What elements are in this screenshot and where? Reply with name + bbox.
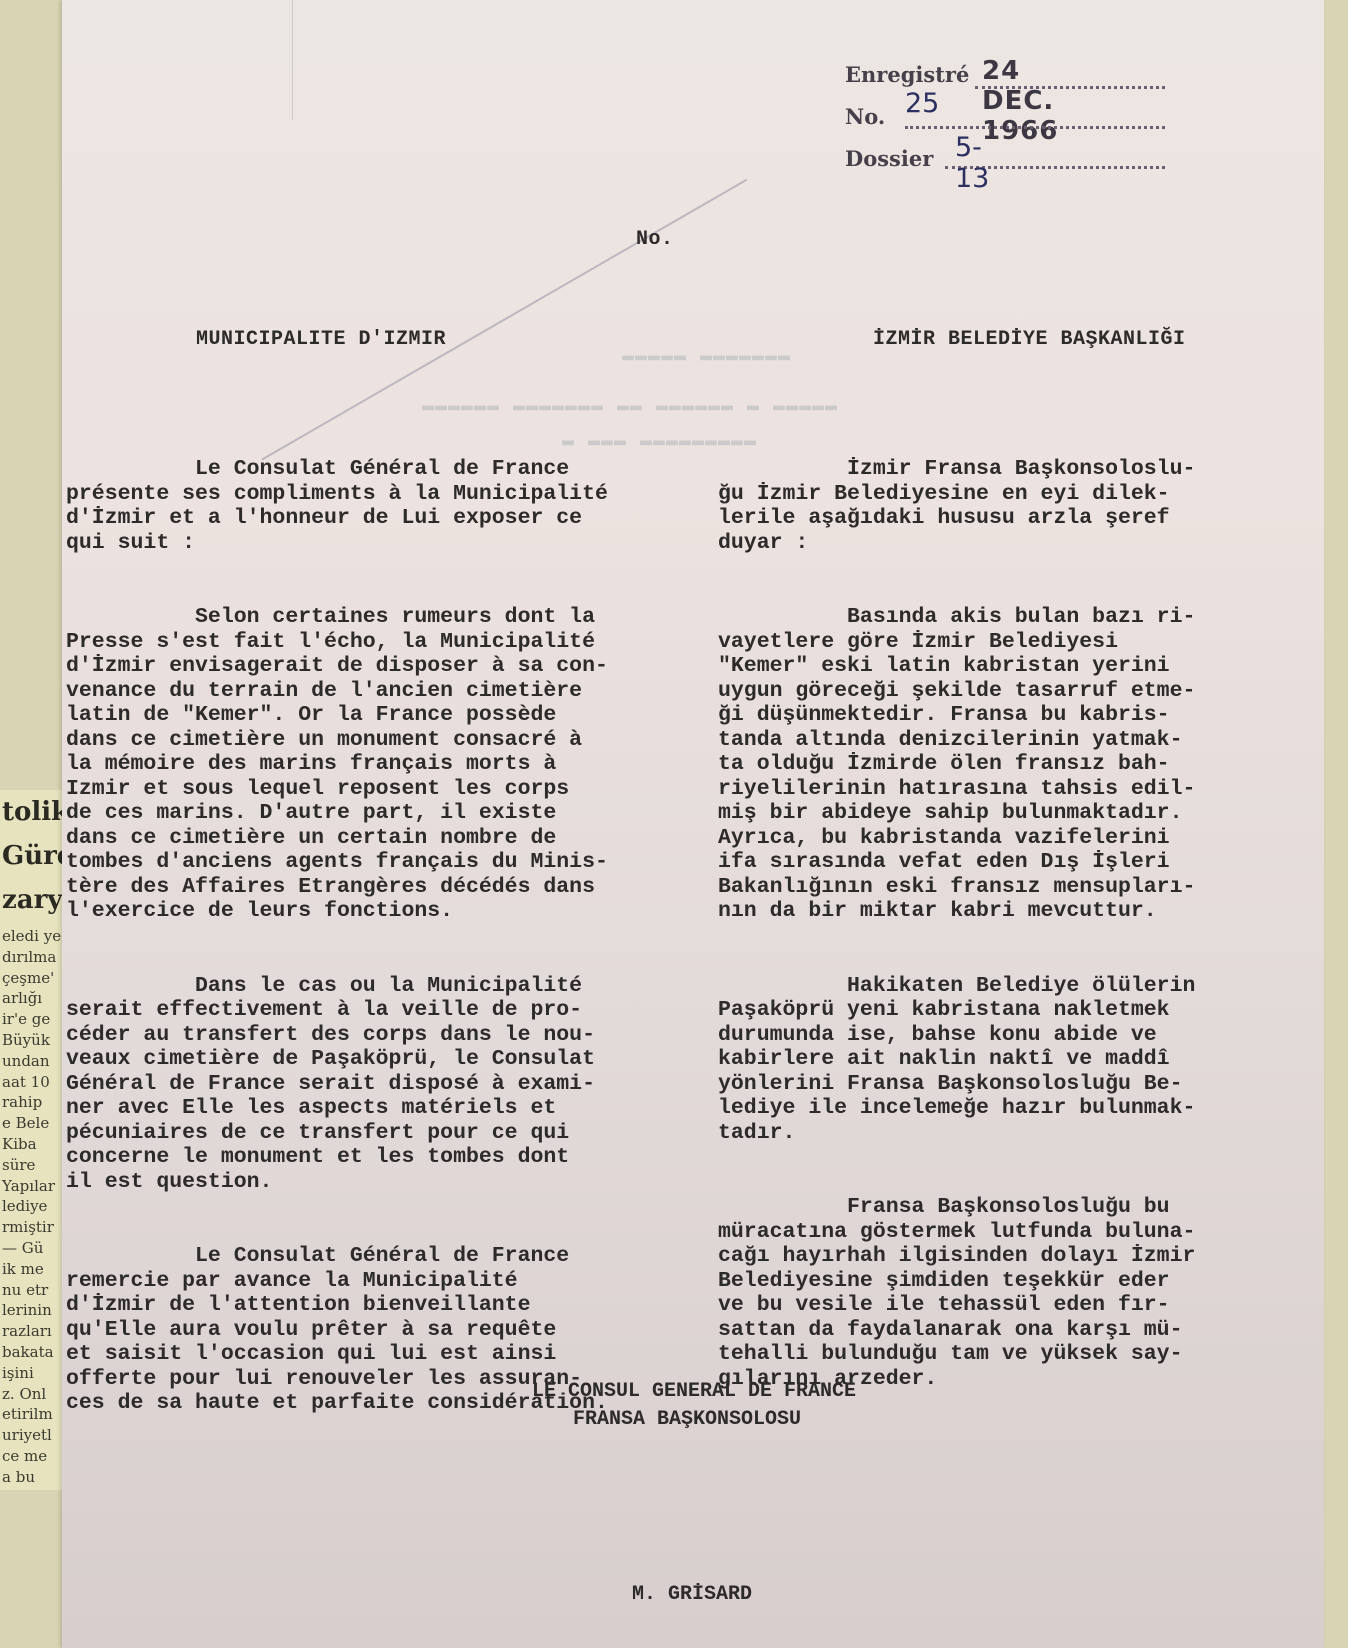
- paper-fold-crease: [261, 179, 747, 461]
- clipping-body: eledi yedırılmaçeşme'arlığıir'e geBüyüku…: [0, 926, 70, 1490]
- clipping-headline-2: Güre: [0, 834, 70, 878]
- turkish-paragraph-2: Basında akis bulan bazı ri- vayetlere gö…: [718, 605, 1195, 924]
- french-paragraph-3: Dans le cas ou la Municipalité serait ef…: [66, 974, 608, 1195]
- clipping-line: ce me: [2, 1446, 70, 1467]
- clipping-line: a bu: [2, 1467, 70, 1488]
- turkish-text-column: İzmir Fransa Başkonsoloslu- ğu İzmir Bel…: [718, 457, 1195, 1441]
- signatory-name: M. GRİSARD: [632, 1583, 752, 1606]
- clipping-line: eledi ye: [2, 926, 70, 947]
- clipping-line: etirilm: [2, 1404, 70, 1425]
- registered-label: Enregistré: [845, 62, 969, 87]
- dossier-label: Dossier: [845, 146, 933, 171]
- french-paragraph-4: Le Consulat Général de France remercie p…: [66, 1244, 608, 1416]
- clipping-line: çeşme': [2, 968, 70, 989]
- clipping-line: — Gü: [2, 1238, 70, 1259]
- clipping-line: rahip: [2, 1092, 70, 1113]
- clipping-line: Büyük: [2, 1030, 70, 1051]
- clipping-line: lediye: [2, 1196, 70, 1217]
- clipping-line: aat 10: [2, 1072, 70, 1093]
- newspaper-clipping: - C tolik Güre zary eledi yedırılmaçeşme…: [0, 790, 70, 1490]
- french-paragraph-1: Le Consulat Général de France présente s…: [66, 457, 608, 555]
- show-through-text: ▬ ▬▬▬ ▬▬▬▬▬▬▬▬▬: [562, 430, 757, 453]
- clipping-line: ik me: [2, 1259, 70, 1280]
- clipping-headline-3: zary: [0, 878, 70, 922]
- french-text-column: Le Consulat Général de France présente s…: [66, 457, 608, 1466]
- number-label: No.: [845, 104, 885, 129]
- show-through-text: ▬▬▬▬▬ ▬▬▬▬▬▬▬: [622, 345, 791, 368]
- clipping-line: uriyetl: [2, 1425, 70, 1446]
- clipping-line: razları: [2, 1321, 70, 1342]
- clipping-line: e Bele: [2, 1113, 70, 1134]
- clipping-line: z. Onl: [2, 1384, 70, 1405]
- clipping-line: arlığı: [2, 988, 70, 1009]
- show-through-text: ▬▬▬▬▬▬ ▬▬▬▬▬▬▬ ▬▬ ▬▬▬▬▬▬ ▬ ▬▬▬▬▬: [422, 395, 838, 418]
- addressee-turkish: İZMİR BELEDİYE BAŞKANLIĞI: [873, 328, 1186, 351]
- number-value: 25: [905, 88, 939, 119]
- signature-title-turkish: FRANSA BAŞKONSOLOSU: [573, 1408, 801, 1431]
- clipping-line: işini: [2, 1363, 70, 1384]
- addressee-french: MUNICIPALITE D'IZMIR: [196, 328, 446, 351]
- clipping-line: rmiştir: [2, 1217, 70, 1238]
- clipping-headline-1: tolik: [0, 790, 70, 834]
- dossier-value: 5-13: [955, 132, 989, 194]
- clipping-line: lerinin: [2, 1300, 70, 1321]
- signature-title-french: LE CONSUL GENERAL DE FRANCE: [532, 1380, 856, 1403]
- turkish-paragraph-1: İzmir Fransa Başkonsoloslu- ğu İzmir Bel…: [718, 457, 1195, 555]
- paper-fold-crease-vertical: [292, 0, 293, 120]
- turkish-paragraph-3: Hakikaten Belediye ölülerin Paşaköprü ye…: [718, 974, 1195, 1146]
- clipping-line: Yapılar: [2, 1176, 70, 1197]
- clipping-line: süre: [2, 1155, 70, 1176]
- turkish-paragraph-4: Fransa Başkonsolosluğu bu müracatına gös…: [718, 1195, 1195, 1391]
- clipping-line: bakata: [2, 1342, 70, 1363]
- registered-date-stamp: 24 DEC. 1966: [982, 56, 1058, 146]
- clipping-line: dırılma: [2, 947, 70, 968]
- clipping-line: Kiba: [2, 1134, 70, 1155]
- clipping-line: Bürçes: [2, 1488, 70, 1490]
- clipping-line: ir'e ge: [2, 1009, 70, 1030]
- reference-number-label: No.: [636, 228, 674, 251]
- clipping-line: nu etr: [2, 1280, 70, 1301]
- french-paragraph-2: Selon certaines rumeurs dont la Presse s…: [66, 605, 608, 924]
- clipping-line: undan: [2, 1051, 70, 1072]
